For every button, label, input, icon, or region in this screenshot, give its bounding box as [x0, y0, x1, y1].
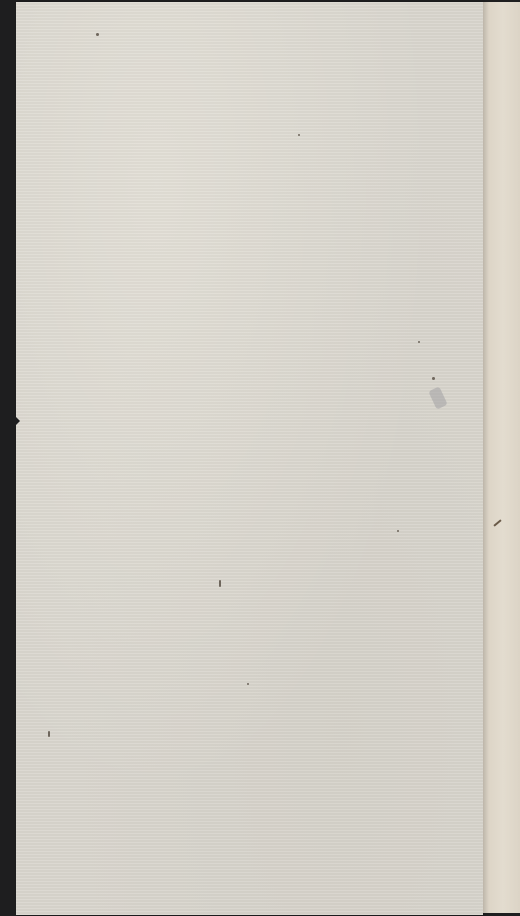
dust-speck — [247, 683, 249, 685]
dust-speck — [96, 33, 99, 36]
dust-speck — [418, 341, 420, 343]
dust-speck — [397, 530, 399, 532]
dust-speck — [48, 731, 50, 737]
dust-speck — [219, 580, 221, 587]
dust-speck — [298, 134, 300, 136]
adjacent-page-edge — [483, 2, 520, 913]
blank-page — [16, 2, 483, 915]
page-edge-notch — [14, 415, 20, 427]
scanned-image — [0, 0, 520, 916]
dust-speck — [432, 377, 435, 380]
